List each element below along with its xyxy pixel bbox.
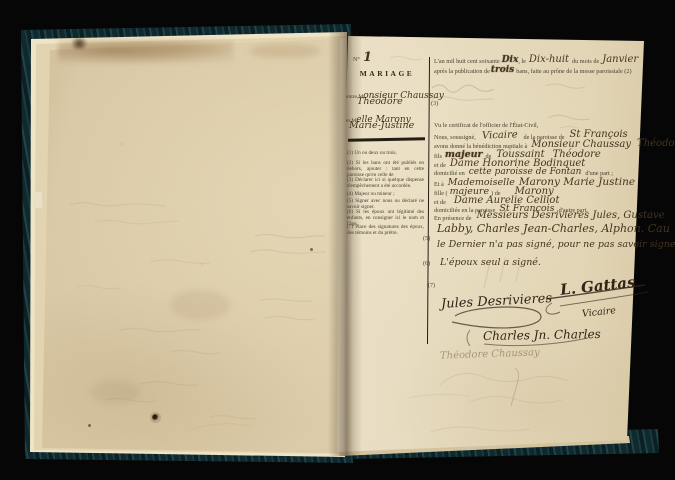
footnote-4: (4) Majeur ou mineur ; — [347, 192, 424, 198]
marker-7: (7) — [428, 283, 435, 289]
register-number-label: N° — [353, 57, 360, 63]
footnote-3: (3) Déclarer ici si quelque dispense d'e… — [347, 178, 424, 190]
note6-handwritten: L'époux seul a signé. — [440, 257, 541, 268]
date-line: L'an mil huit cent soixante Dix , le Dix… — [434, 55, 638, 66]
bans-printed-1: après la publication de — [434, 68, 490, 75]
bans-printed-2: bans, faite au prône de la messe paroiss… — [516, 68, 631, 75]
month-handwritten: Janvier — [602, 54, 638, 65]
certificate-printed: Vu le certificat de l'officier de l'État… — [434, 122, 538, 129]
bride-firstname-handwritten: Marie-Justine — [349, 120, 414, 131]
register-number-value: 1 — [363, 50, 372, 65]
dark-spot — [152, 414, 159, 421]
certificate-line: Vu le certificat de l'officier de l'État… — [434, 122, 638, 129]
bans-count-handwritten: trois — [491, 65, 514, 75]
day-handwritten: Dix-huit — [529, 54, 569, 65]
speck — [88, 424, 91, 427]
note5-handwritten: le Dernier n'a pas signé, pour ne pas sa… — [437, 239, 675, 250]
date-printed-3: du mois de — [572, 58, 599, 65]
scanned-register-photo: N° 1 MARIAGE entre Monsieur Chaussay Thé… — [0, 0, 675, 480]
date-printed-1: L'an mil huit cent soixante — [434, 58, 500, 65]
dark-ink-stain — [72, 38, 90, 49]
witness-signature-2: Charles Jn. Charles — [483, 327, 601, 343]
faint-stain — [170, 290, 230, 320]
faint-stain — [90, 380, 140, 404]
footnote-7: (7) Place des signatures des époux, des … — [347, 225, 424, 237]
groom-firstname-body: Théodore — [637, 138, 675, 149]
presence-printed: En présence de — [434, 215, 471, 222]
marker-5: (5) — [423, 235, 430, 242]
footnote-1: (1) Un ou deux ou trois. — [347, 151, 424, 157]
date-printed-2: , le — [518, 58, 526, 65]
witnesses-handwritten-2: Labby, Charles Jean-Charles, Alphon. Cau — [437, 222, 670, 235]
groom-firstname-handwritten: Théodore — [357, 96, 403, 107]
footnote-2: (2) Si les bans ont été publiés en dehor… — [347, 161, 424, 178]
domicile-printed: domicilié en — [434, 170, 465, 177]
faint-stain — [250, 44, 320, 58]
speck — [310, 248, 313, 251]
act-title: MARIAGE — [347, 69, 427, 78]
left-edge-paper-tab — [33, 192, 43, 208]
marker-6: (6) — [423, 260, 430, 267]
witnesses-handwritten-1: Messieurs Desrivieres Jules, Gustave — [476, 210, 664, 221]
year-handwritten: Dix — [502, 55, 519, 65]
bans-line: après la publication de trois bans, fait… — [434, 66, 638, 76]
marker-3: (3) — [431, 100, 438, 107]
